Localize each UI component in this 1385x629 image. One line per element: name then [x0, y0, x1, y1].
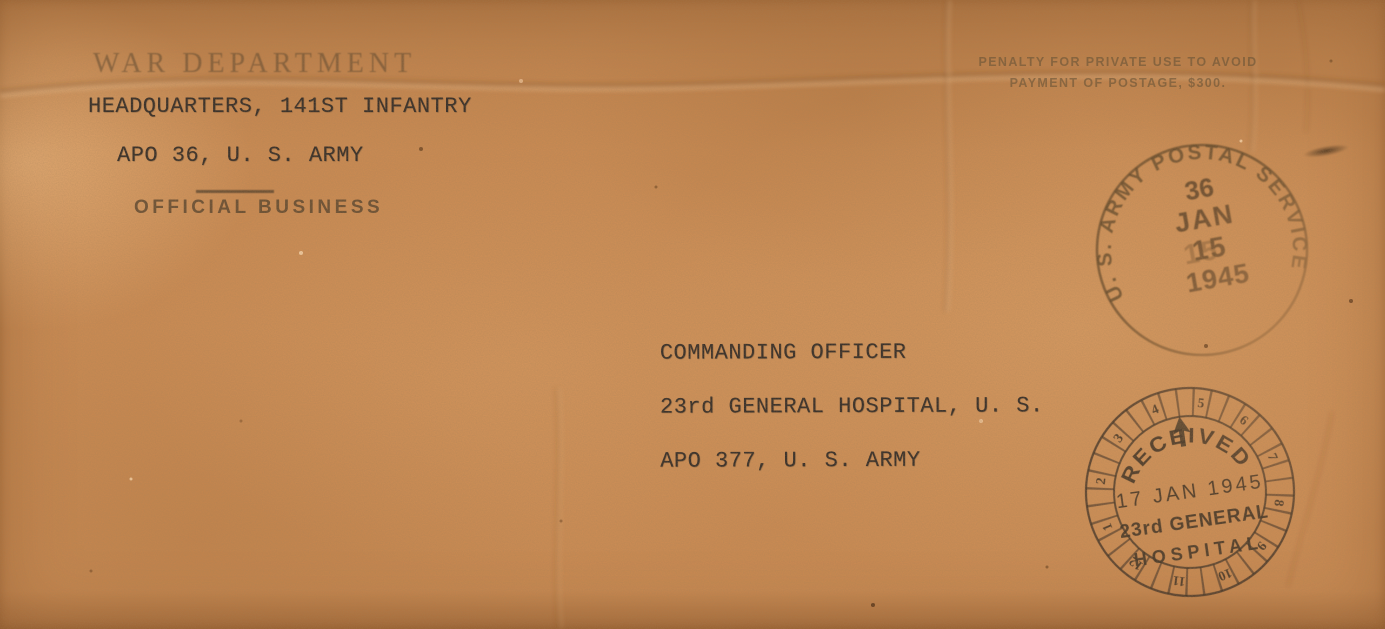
war-department-line: WAR DEPARTMENT	[93, 48, 416, 80]
dial-number: 11	[1172, 573, 1187, 589]
penalty-line-2: PAYMENT OF POSTAGE, $300.	[948, 73, 1288, 94]
official-business-line: OFFICIAL BUSINESS	[134, 197, 383, 219]
envelope-scan: WAR DEPARTMENT HEADQUARTERS, 141ST INFAN…	[0, 0, 1385, 629]
penalty-line-1: PENALTY FOR PRIVATE USE TO AVOID	[948, 52, 1288, 73]
sender-apo-line: APO 36, U. S. ARMY	[117, 143, 364, 168]
army-postmark-stamp: U. S. ARMY POSTAL SERVICE 36 JAN 15 15 1…	[1082, 130, 1322, 370]
dial-number: 2	[1093, 477, 1109, 486]
paper-flecks	[0, 0, 2, 2]
official-business-rule	[196, 190, 274, 193]
recipient-line-3: APO 377, U. S. ARMY	[660, 447, 1044, 473]
dial-number: 8	[1271, 499, 1287, 508]
penalty-notice: PENALTY FOR PRIVATE USE TO AVOID PAYMENT…	[948, 52, 1288, 94]
headquarters-line: HEADQUARTERS, 141ST INFANTRY	[88, 94, 472, 119]
postmark-month: JAN	[1172, 199, 1236, 239]
recipient-line-2: 23rd GENERAL HOSPITAL, U. S.	[660, 393, 1044, 419]
received-stamp: 5 6 7 8 9 10 11 12 1 2 3 4 RECEIVED	[1060, 362, 1320, 622]
recipient-line-1: COMMANDING OFFICER	[660, 339, 1044, 365]
dial-number: 5	[1197, 395, 1206, 411]
postmark-apo-number: 36	[1182, 172, 1216, 207]
recipient-address-block: COMMANDING OFFICER 23rd GENERAL HOSPITAL…	[660, 339, 1044, 473]
